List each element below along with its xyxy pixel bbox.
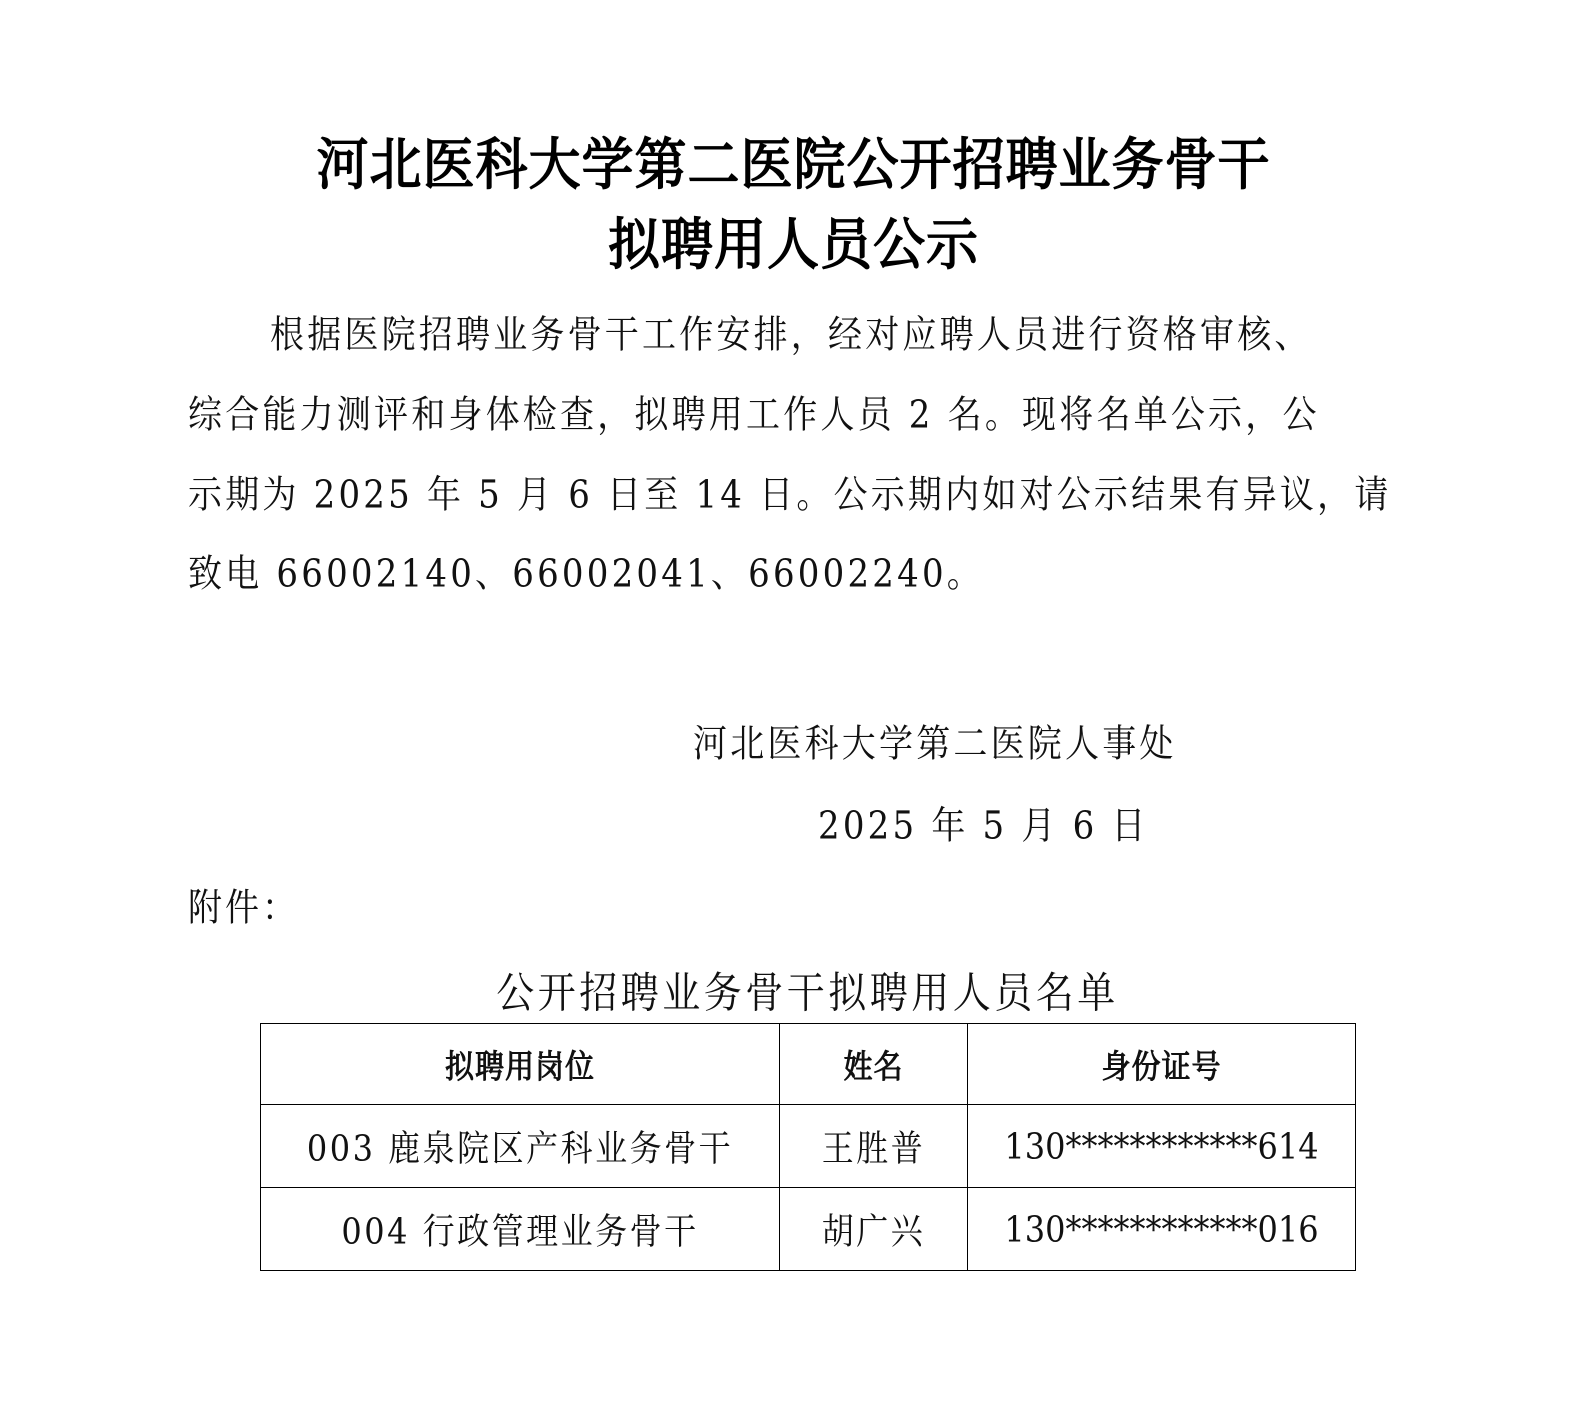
cell-id-number: 130************016 xyxy=(968,1188,1356,1271)
body-paragraph-line-3: 示期为 2025 年 5 月 6 日至 14 日。公示期内如对公示结果有异议，请 xyxy=(188,464,1438,519)
document-title-line-1: 河北医科大学第二医院公开招聘业务骨干 xyxy=(0,119,1587,200)
table-row: 003 鹿泉院区产科业务骨干 王胜普 130************614 xyxy=(261,1105,1356,1188)
signature-date: 2025 年 5 月 6 日 xyxy=(818,795,1149,850)
document-title-line-2: 拟聘用人员公示 xyxy=(0,199,1587,280)
body-paragraph-line-4: 致电 66002140、66002041、66002240。 xyxy=(188,543,1438,598)
cell-name: 胡广兴 xyxy=(780,1188,968,1271)
list-title: 公开招聘业务骨干拟聘用人员名单 xyxy=(0,958,1587,1020)
cell-name: 王胜普 xyxy=(780,1105,968,1188)
cell-id-number: 130************614 xyxy=(968,1105,1356,1188)
body-paragraph-line-1: 根据医院招聘业务骨干工作安排，经对应聘人员进行资格审核、 xyxy=(270,304,1520,359)
attachment-label: 附件： xyxy=(188,877,299,932)
hire-roster-table: 拟聘用岗位 姓名 身份证号 003 鹿泉院区产科业务骨干 王胜普 130****… xyxy=(260,1023,1356,1271)
header-name: 姓名 xyxy=(780,1024,968,1105)
header-id-number: 身份证号 xyxy=(968,1024,1356,1105)
body-paragraph-line-2: 综合能力测评和身体检查，拟聘用工作人员 2 名。现将名单公示，公 xyxy=(188,384,1438,439)
signature-organization: 河北医科大学第二医院人事处 xyxy=(693,713,1177,768)
table-header-row: 拟聘用岗位 姓名 身份证号 xyxy=(261,1024,1356,1105)
header-position: 拟聘用岗位 xyxy=(261,1024,780,1105)
table-row: 004 行政管理业务骨干 胡广兴 130************016 xyxy=(261,1188,1356,1271)
cell-position: 003 鹿泉院区产科业务骨干 xyxy=(261,1105,780,1188)
cell-position: 004 行政管理业务骨干 xyxy=(261,1188,780,1271)
document-page: 河北医科大学第二医院公开招聘业务骨干 拟聘用人员公示 根据医院招聘业务骨干工作安… xyxy=(0,0,1587,1413)
